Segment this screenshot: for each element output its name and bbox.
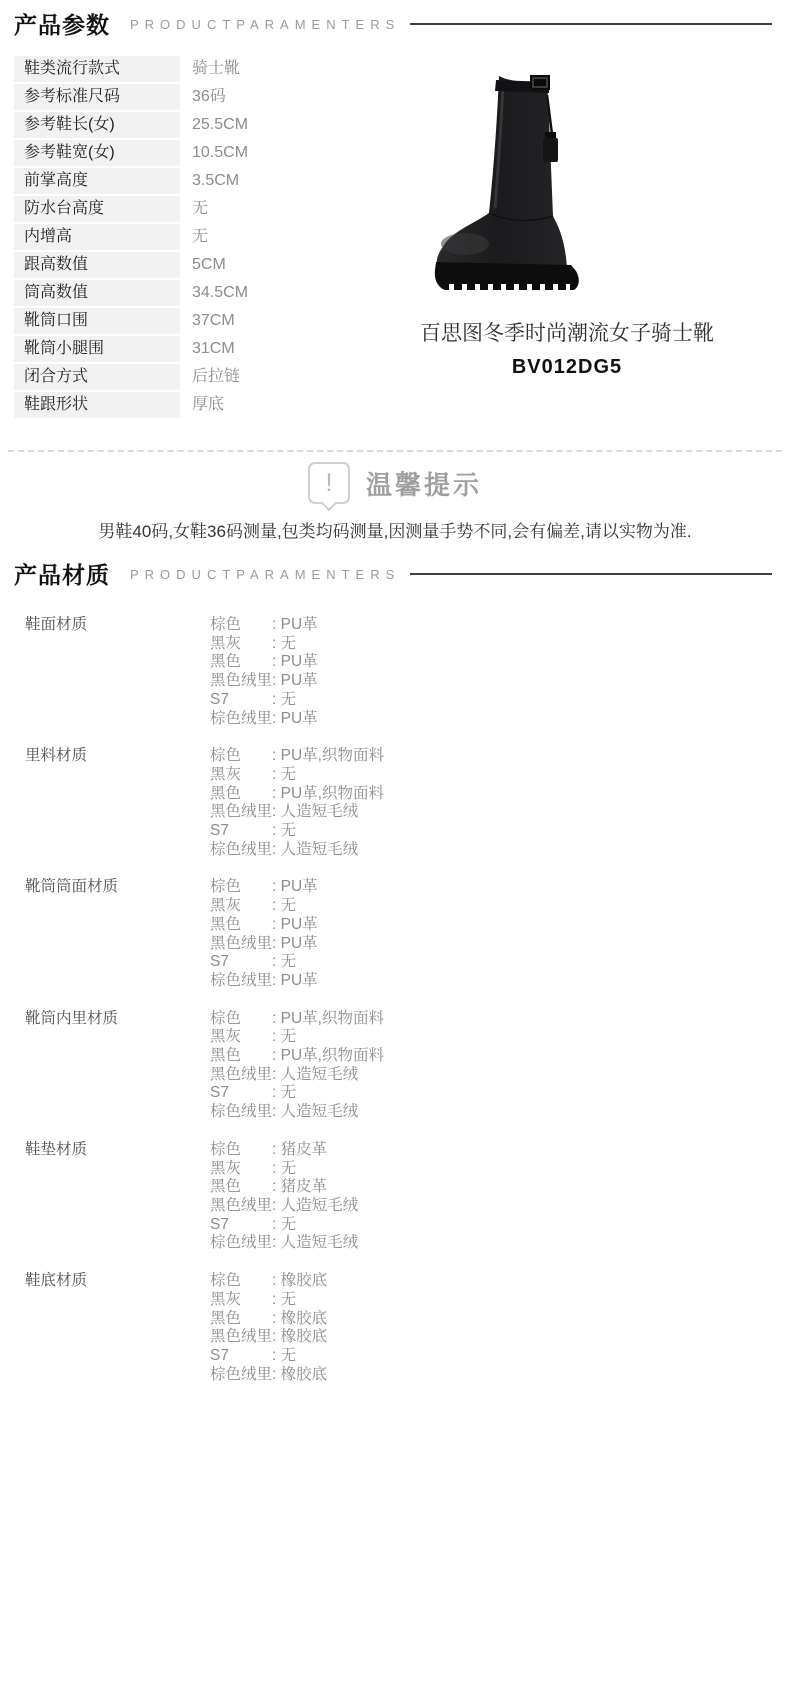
tips-header: ! 温馨提示 (0, 452, 790, 504)
material-kv-row: S7: 无 (210, 953, 318, 972)
material-value: : 无 (272, 766, 296, 783)
material-kv-row: 棕色绒里: 人造短毛绒 (210, 1234, 358, 1253)
material-kv-row: 棕色绒里: 人造短毛绒 (210, 1103, 384, 1122)
material-kv-row: 黑色: PU革,织物面料 (210, 785, 384, 804)
material-value: : 无 (272, 897, 296, 914)
material-color-key: 黑灰 (210, 1160, 272, 1179)
spec-value: 后拉链 (192, 364, 240, 390)
materials-section: 产品材质 PRODUCTPARAMENTERS 鞋面材质棕色: PU革黑灰: 无… (0, 550, 790, 1384)
spec-label: 参考鞋长(女) (14, 112, 180, 138)
material-color-key: 黑色绒里 (210, 1197, 272, 1216)
spec-value: 25.5CM (192, 112, 248, 138)
material-color-key: 黑灰 (210, 766, 272, 785)
material-value: : 猪皮革 (272, 1141, 327, 1158)
material-color-key: 棕色绒里 (210, 1366, 272, 1385)
material-kv-row: S7: 无 (210, 822, 384, 841)
material-kv-list: 棕色: PU革,织物面料黑灰: 无黑色: PU革,织物面料黑色绒里: 人造短毛绒… (210, 747, 384, 859)
spec-value: 36码 (192, 84, 226, 110)
spec-row: 靴筒口围37CM (14, 308, 344, 334)
material-value: : 橡胶底 (272, 1366, 327, 1383)
material-kv-row: S7: 无 (210, 1216, 358, 1235)
material-value: : 无 (272, 1084, 296, 1101)
product-name: 百思图冬季时尚潮流女子骑士靴 (420, 317, 714, 347)
material-color-key: 黑色绒里 (210, 1066, 272, 1085)
spec-row: 靴筒小腿围31CM (14, 336, 344, 362)
material-value: : 橡胶底 (272, 1272, 327, 1289)
material-value: : 无 (272, 1347, 296, 1364)
material-kv-row: S7: 无 (210, 1347, 327, 1366)
material-value: : 无 (272, 1216, 296, 1233)
material-kv-row: 黑色: PU革 (210, 916, 318, 935)
material-value: : 无 (272, 1160, 296, 1177)
material-kv-row: 黑灰: 无 (210, 766, 384, 785)
spec-row: 内增高无 (14, 224, 344, 250)
material-kv-row: 黑灰: 无 (210, 1028, 384, 1047)
spec-row: 参考标准尺码36码 (14, 84, 344, 110)
material-value: : PU革,织物面料 (272, 785, 384, 802)
spec-value: 无 (192, 224, 208, 250)
material-group: 靴筒内里材质棕色: PU革,织物面料黑灰: 无黑色: PU革,织物面料黑色绒里:… (25, 1010, 790, 1122)
material-color-key: 黑色 (210, 916, 272, 935)
spec-value: 3.5CM (192, 168, 239, 194)
material-kv-row: 棕色绒里: PU革 (210, 710, 318, 729)
material-kv-row: 棕色: PU革,织物面料 (210, 1010, 384, 1029)
material-kv-row: S7: 无 (210, 1084, 384, 1103)
material-value: : PU革 (272, 935, 318, 952)
spec-label: 跟高数值 (14, 252, 180, 278)
material-value: : 人造短毛绒 (272, 1103, 358, 1120)
params-section: 产品参数 PRODUCTPARAMENTERS 鞋类流行款式骑士靴参考标准尺码3… (0, 0, 790, 450)
material-value: : 人造短毛绒 (272, 1066, 358, 1083)
material-kv-list: 棕色: PU革黑灰: 无黑色: PU革黑色绒里: PU革S7: 无棕色绒里: P… (210, 616, 318, 728)
material-kv-row: 棕色绒里: 橡胶底 (210, 1366, 327, 1385)
spec-label: 内增高 (14, 224, 180, 250)
materials-section-header: 产品材质 PRODUCTPARAMENTERS (0, 550, 790, 596)
material-kv-row: 黑色绒里: PU革 (210, 672, 318, 691)
material-value: : PU革 (272, 710, 318, 727)
product-panel: 百思图冬季时尚潮流女子骑士靴 BV012DG5 (344, 56, 790, 450)
material-group: 鞋垫材质棕色: 猪皮革黑灰: 无黑色: 猪皮革黑色绒里: 人造短毛绒S7: 无棕… (25, 1141, 790, 1253)
spec-row: 参考鞋宽(女)10.5CM (14, 140, 344, 166)
material-kv-row: 黑色绒里: PU革 (210, 935, 318, 954)
material-color-key: 棕色 (210, 747, 272, 766)
material-kv-row: 黑灰: 无 (210, 1160, 358, 1179)
material-value: : 无 (272, 635, 296, 652)
params-section-header: 产品参数 PRODUCTPARAMENTERS (0, 0, 790, 46)
spec-row: 鞋跟形状厚底 (14, 392, 344, 418)
spec-row: 前掌高度3.5CM (14, 168, 344, 194)
material-kv-list: 棕色: 猪皮革黑灰: 无黑色: 猪皮革黑色绒里: 人造短毛绒S7: 无棕色绒里:… (210, 1141, 358, 1253)
material-color-key: S7 (210, 953, 272, 972)
params-title: 产品参数 (14, 7, 110, 40)
material-color-key: S7 (210, 691, 272, 710)
material-value: : 猪皮革 (272, 1178, 327, 1195)
material-value: : 无 (272, 1028, 296, 1045)
tips-section: ! 温馨提示 男鞋40码,女鞋36码测量,包类均码测量,因测量手势不同,会有偏差… (0, 452, 790, 542)
material-color-key: 棕色绒里 (210, 1234, 272, 1253)
spec-row: 防水台高度无 (14, 196, 344, 222)
material-color-key: 黑色绒里 (210, 1328, 272, 1347)
tips-note-text: 男鞋40码,女鞋36码测量,包类均码测量,因测量手势不同,会有偏差,请以实物为准… (0, 517, 790, 542)
material-kv-list: 棕色: PU革黑灰: 无黑色: PU革黑色绒里: PU革S7: 无棕色绒里: P… (210, 878, 318, 990)
spec-value: 10.5CM (192, 140, 248, 166)
material-color-key: 黑色 (210, 653, 272, 672)
header-rule-line (410, 573, 772, 575)
spec-label: 靴筒小腿围 (14, 336, 180, 362)
spec-table: 鞋类流行款式骑士靴参考标准尺码36码参考鞋长(女)25.5CM参考鞋宽(女)10… (14, 56, 344, 450)
material-kv-row: 黑色绒里: 人造短毛绒 (210, 803, 384, 822)
tips-title: 温馨提示 (366, 465, 482, 502)
material-color-key: 黑灰 (210, 1291, 272, 1310)
material-color-key: 棕色 (210, 1272, 272, 1291)
spec-value: 37CM (192, 308, 235, 334)
material-color-key: 黑色 (210, 1047, 272, 1066)
material-kv-row: 棕色: PU革 (210, 616, 318, 635)
spec-label: 防水台高度 (14, 196, 180, 222)
material-color-key: S7 (210, 1216, 272, 1235)
material-kv-row: 棕色: 猪皮革 (210, 1141, 358, 1160)
materials-title: 产品材质 (14, 557, 110, 590)
material-value: : PU革 (272, 916, 318, 933)
material-group: 里料材质棕色: PU革,织物面料黑灰: 无黑色: PU革,织物面料黑色绒里: 人… (25, 747, 790, 859)
material-color-key: 棕色 (210, 1141, 272, 1160)
material-kv-row: 黑色绒里: 人造短毛绒 (210, 1066, 384, 1085)
materials-subtitle: PRODUCTPARAMENTERS (130, 567, 400, 582)
material-kv-row: 黑灰: 无 (210, 1291, 327, 1310)
material-color-key: 黑灰 (210, 897, 272, 916)
material-value: : PU革 (272, 616, 318, 633)
material-color-key: 黑色绒里 (210, 803, 272, 822)
material-value: : PU革,织物面料 (272, 1047, 384, 1064)
material-value: : 人造短毛绒 (272, 841, 358, 858)
material-value: : PU革 (272, 672, 318, 689)
material-value: : 无 (272, 953, 296, 970)
material-kv-row: 棕色: PU革 (210, 878, 318, 897)
material-value: : 橡胶底 (272, 1328, 327, 1345)
material-color-key: 棕色 (210, 1010, 272, 1029)
material-group: 鞋面材质棕色: PU革黑灰: 无黑色: PU革黑色绒里: PU革S7: 无棕色绒… (25, 616, 790, 728)
spec-label: 鞋跟形状 (14, 392, 180, 418)
material-color-key: 棕色绒里 (210, 841, 272, 860)
spec-value: 31CM (192, 336, 235, 362)
material-color-key: 棕色绒里 (210, 972, 272, 991)
material-color-key: 黑灰 (210, 635, 272, 654)
material-value: : 人造短毛绒 (272, 1234, 358, 1251)
spec-label: 参考标准尺码 (14, 84, 180, 110)
material-color-key: 黑色绒里 (210, 672, 272, 691)
spec-value: 34.5CM (192, 280, 248, 306)
material-value: : PU革,织物面料 (272, 1010, 384, 1027)
spec-value: 骑士靴 (192, 56, 240, 82)
material-color-key: 棕色 (210, 616, 272, 635)
material-group-label: 鞋底材质 (25, 1272, 210, 1384)
product-image (433, 66, 585, 303)
material-group: 鞋底材质棕色: 橡胶底黑灰: 无黑色: 橡胶底黑色绒里: 橡胶底S7: 无棕色绒… (25, 1272, 790, 1384)
material-kv-row: 棕色: 橡胶底 (210, 1272, 327, 1291)
spec-row: 闭合方式后拉链 (14, 364, 344, 390)
material-value: : 橡胶底 (272, 1310, 327, 1327)
material-group-label: 鞋垫材质 (25, 1141, 210, 1253)
material-color-key: 黑色 (210, 1178, 272, 1197)
material-kv-row: 黑色: 橡胶底 (210, 1310, 327, 1329)
material-color-key: 黑灰 (210, 1028, 272, 1047)
material-group-label: 里料材质 (25, 747, 210, 859)
boot-illustration-icon (433, 66, 585, 298)
header-rule-line (410, 23, 772, 25)
spec-label: 前掌高度 (14, 168, 180, 194)
spec-value: 无 (192, 196, 208, 222)
product-model: BV012DG5 (512, 356, 622, 379)
material-kv-row: 黑色绒里: 人造短毛绒 (210, 1197, 358, 1216)
spec-value: 厚底 (192, 392, 224, 418)
spec-row: 筒高数值34.5CM (14, 280, 344, 306)
material-group-label: 靴筒内里材质 (25, 1010, 210, 1122)
material-kv-list: 棕色: PU革,织物面料黑灰: 无黑色: PU革,织物面料黑色绒里: 人造短毛绒… (210, 1010, 384, 1122)
materials-list: 鞋面材质棕色: PU革黑灰: 无黑色: PU革黑色绒里: PU革S7: 无棕色绒… (0, 596, 790, 1384)
material-color-key: 棕色绒里 (210, 710, 272, 729)
spec-value: 5CM (192, 252, 226, 278)
material-kv-row: 黑灰: 无 (210, 897, 318, 916)
spec-row: 参考鞋长(女)25.5CM (14, 112, 344, 138)
exclamation-glyph: ! (326, 469, 333, 498)
material-kv-row: S7: 无 (210, 691, 318, 710)
spec-row: 鞋类流行款式骑士靴 (14, 56, 344, 82)
material-group-label: 靴筒筒面材质 (25, 878, 210, 990)
material-value: : 无 (272, 1291, 296, 1308)
material-value: : 人造短毛绒 (272, 803, 358, 820)
material-value: : PU革 (272, 653, 318, 670)
material-kv-row: 棕色绒里: PU革 (210, 972, 318, 991)
material-value: : 无 (272, 822, 296, 839)
material-group-label: 鞋面材质 (25, 616, 210, 728)
material-kv-row: 黑灰: 无 (210, 635, 318, 654)
material-value: : PU革 (272, 878, 318, 895)
spec-label: 筒高数值 (14, 280, 180, 306)
params-columns: 鞋类流行款式骑士靴参考标准尺码36码参考鞋长(女)25.5CM参考鞋宽(女)10… (0, 46, 790, 450)
spec-label: 靴筒口围 (14, 308, 180, 334)
material-color-key: 黑色 (210, 785, 272, 804)
material-kv-row: 棕色绒里: 人造短毛绒 (210, 841, 384, 860)
material-value: : PU革,织物面料 (272, 747, 384, 764)
material-kv-row: 黑色绒里: 橡胶底 (210, 1328, 327, 1347)
spec-row: 跟高数值5CM (14, 252, 344, 278)
material-kv-list: 棕色: 橡胶底黑灰: 无黑色: 橡胶底黑色绒里: 橡胶底S7: 无棕色绒里: 橡… (210, 1272, 327, 1384)
material-color-key: 棕色绒里 (210, 1103, 272, 1122)
material-color-key: S7 (210, 822, 272, 841)
material-kv-row: 棕色: PU革,织物面料 (210, 747, 384, 766)
material-kv-row: 黑色: PU革 (210, 653, 318, 672)
exclamation-bubble-icon: ! (308, 462, 350, 504)
material-group: 靴筒筒面材质棕色: PU革黑灰: 无黑色: PU革黑色绒里: PU革S7: 无棕… (25, 878, 790, 990)
material-color-key: 黑色绒里 (210, 935, 272, 954)
material-value: : PU革 (272, 972, 318, 989)
material-kv-row: 黑色: PU革,织物面料 (210, 1047, 384, 1066)
material-color-key: S7 (210, 1084, 272, 1103)
spec-label: 参考鞋宽(女) (14, 140, 180, 166)
material-value: : 无 (272, 691, 296, 708)
params-subtitle: PRODUCTPARAMENTERS (130, 17, 400, 32)
material-value: : 人造短毛绒 (272, 1197, 358, 1214)
material-color-key: 黑色 (210, 1310, 272, 1329)
material-color-key: 棕色 (210, 878, 272, 897)
spec-label: 闭合方式 (14, 364, 180, 390)
spec-label: 鞋类流行款式 (14, 56, 180, 82)
material-color-key: S7 (210, 1347, 272, 1366)
material-kv-row: 黑色: 猪皮革 (210, 1178, 358, 1197)
